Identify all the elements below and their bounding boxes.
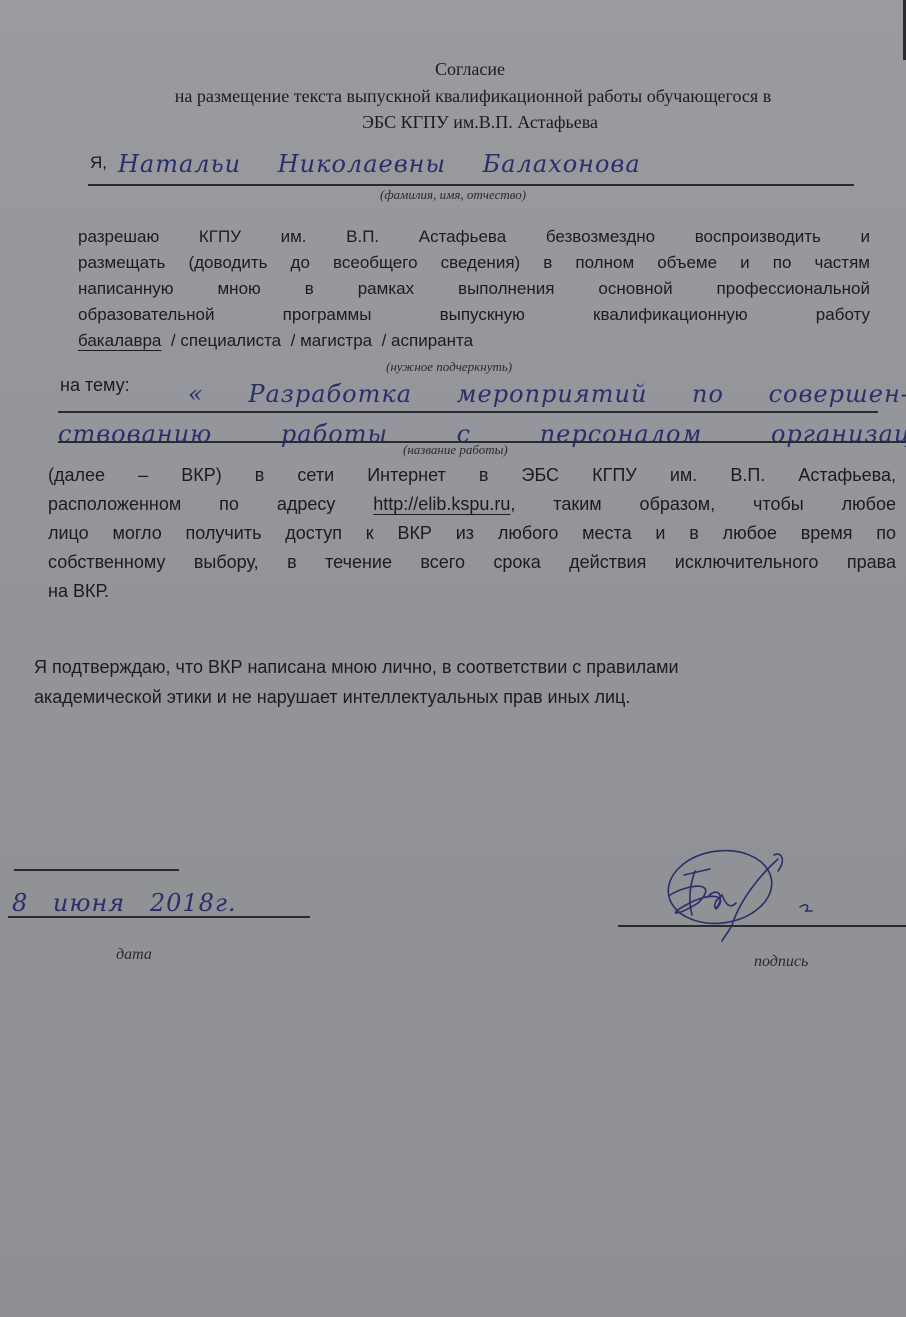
confirmation-paragraph: Я подтверждаю, что ВКР написана мною лич… xyxy=(34,652,906,712)
name-handwritten: Натальи Николаевны Балахонова xyxy=(118,150,641,178)
distribution-line-3: лицо могло получить доступ к ВКР из любо… xyxy=(48,519,896,548)
document-page: Согласие на размещение текста выпускной … xyxy=(0,0,906,1317)
distribution-line-2-prefix: расположенном по адресу xyxy=(48,494,335,514)
topic-underline-1 xyxy=(58,411,878,413)
confirmation-line-1: Я подтверждаю, что ВКР написана мною лич… xyxy=(34,652,906,682)
degree-separator: / xyxy=(291,331,296,350)
degree-separator: / xyxy=(171,331,176,350)
confirmation-line-2: академической этики и не нарушает интелл… xyxy=(34,682,906,712)
signature-scribble-icon xyxy=(650,845,850,945)
signature-underline xyxy=(618,925,906,927)
date-handwritten: 8 июня 2018г. xyxy=(12,889,237,917)
permission-line-2: размещать (доводить до всеобщего сведени… xyxy=(78,250,870,276)
topic-label: на тему: xyxy=(60,375,130,396)
permission-line-1: разрешаю КГПУ им. В.П. Астафьева безвозм… xyxy=(78,224,870,250)
name-prefix: Я, xyxy=(90,153,107,173)
degree-option-postgraduate: аспиранта xyxy=(391,331,473,350)
document-subtitle-line2: ЭБС КГПУ им.В.П. Астафьева xyxy=(80,109,880,135)
blank-line xyxy=(14,869,179,871)
distribution-line-5: на ВКР. xyxy=(48,577,896,606)
permission-paragraph: разрешаю КГПУ им. В.П. Астафьева безвозм… xyxy=(78,224,870,354)
name-caption: (фамилия, имя, отчество) xyxy=(380,187,526,203)
degree-option-specialist: специалиста xyxy=(180,331,281,350)
name-underline xyxy=(88,184,854,186)
distribution-line-4: собственному выбору, в течение всего сро… xyxy=(48,548,896,577)
degree-options: бакалавра / специалиста / магистра / асп… xyxy=(78,328,870,354)
document-subtitle-line1: на размещение текста выпускной квалифика… xyxy=(88,83,858,109)
signature-caption: подпись xyxy=(754,953,808,971)
degree-option-bachelor: бакалавра xyxy=(78,331,161,350)
date-caption: дата xyxy=(116,946,152,964)
permission-line-4: образовательной программы выпускную квал… xyxy=(78,302,870,328)
topic-caption: (название работы) xyxy=(403,442,508,458)
distribution-paragraph: (далее – ВКР) в сети Интернет в ЭБС КГПУ… xyxy=(48,461,896,606)
distribution-line-2-suffix: , таким образом, чтобы любое xyxy=(510,494,896,514)
date-underline xyxy=(8,916,310,918)
distribution-line-1: (далее – ВКР) в сети Интернет в ЭБС КГПУ… xyxy=(48,461,896,490)
topic-handwritten-line1: « Разработка мероприятий по совершен- xyxy=(188,380,906,408)
distribution-line-2: расположенном по адресу http://elib.kspu… xyxy=(48,490,896,519)
degree-caption: (нужное подчеркнуть) xyxy=(386,359,512,375)
degree-separator: / xyxy=(382,331,387,350)
document-title: Согласие xyxy=(0,56,906,82)
degree-option-master: магистра xyxy=(300,331,372,350)
elib-link[interactable]: http://elib.kspu.ru xyxy=(373,494,510,514)
permission-line-3: написанную мною в рамках выполнения осно… xyxy=(78,276,870,302)
